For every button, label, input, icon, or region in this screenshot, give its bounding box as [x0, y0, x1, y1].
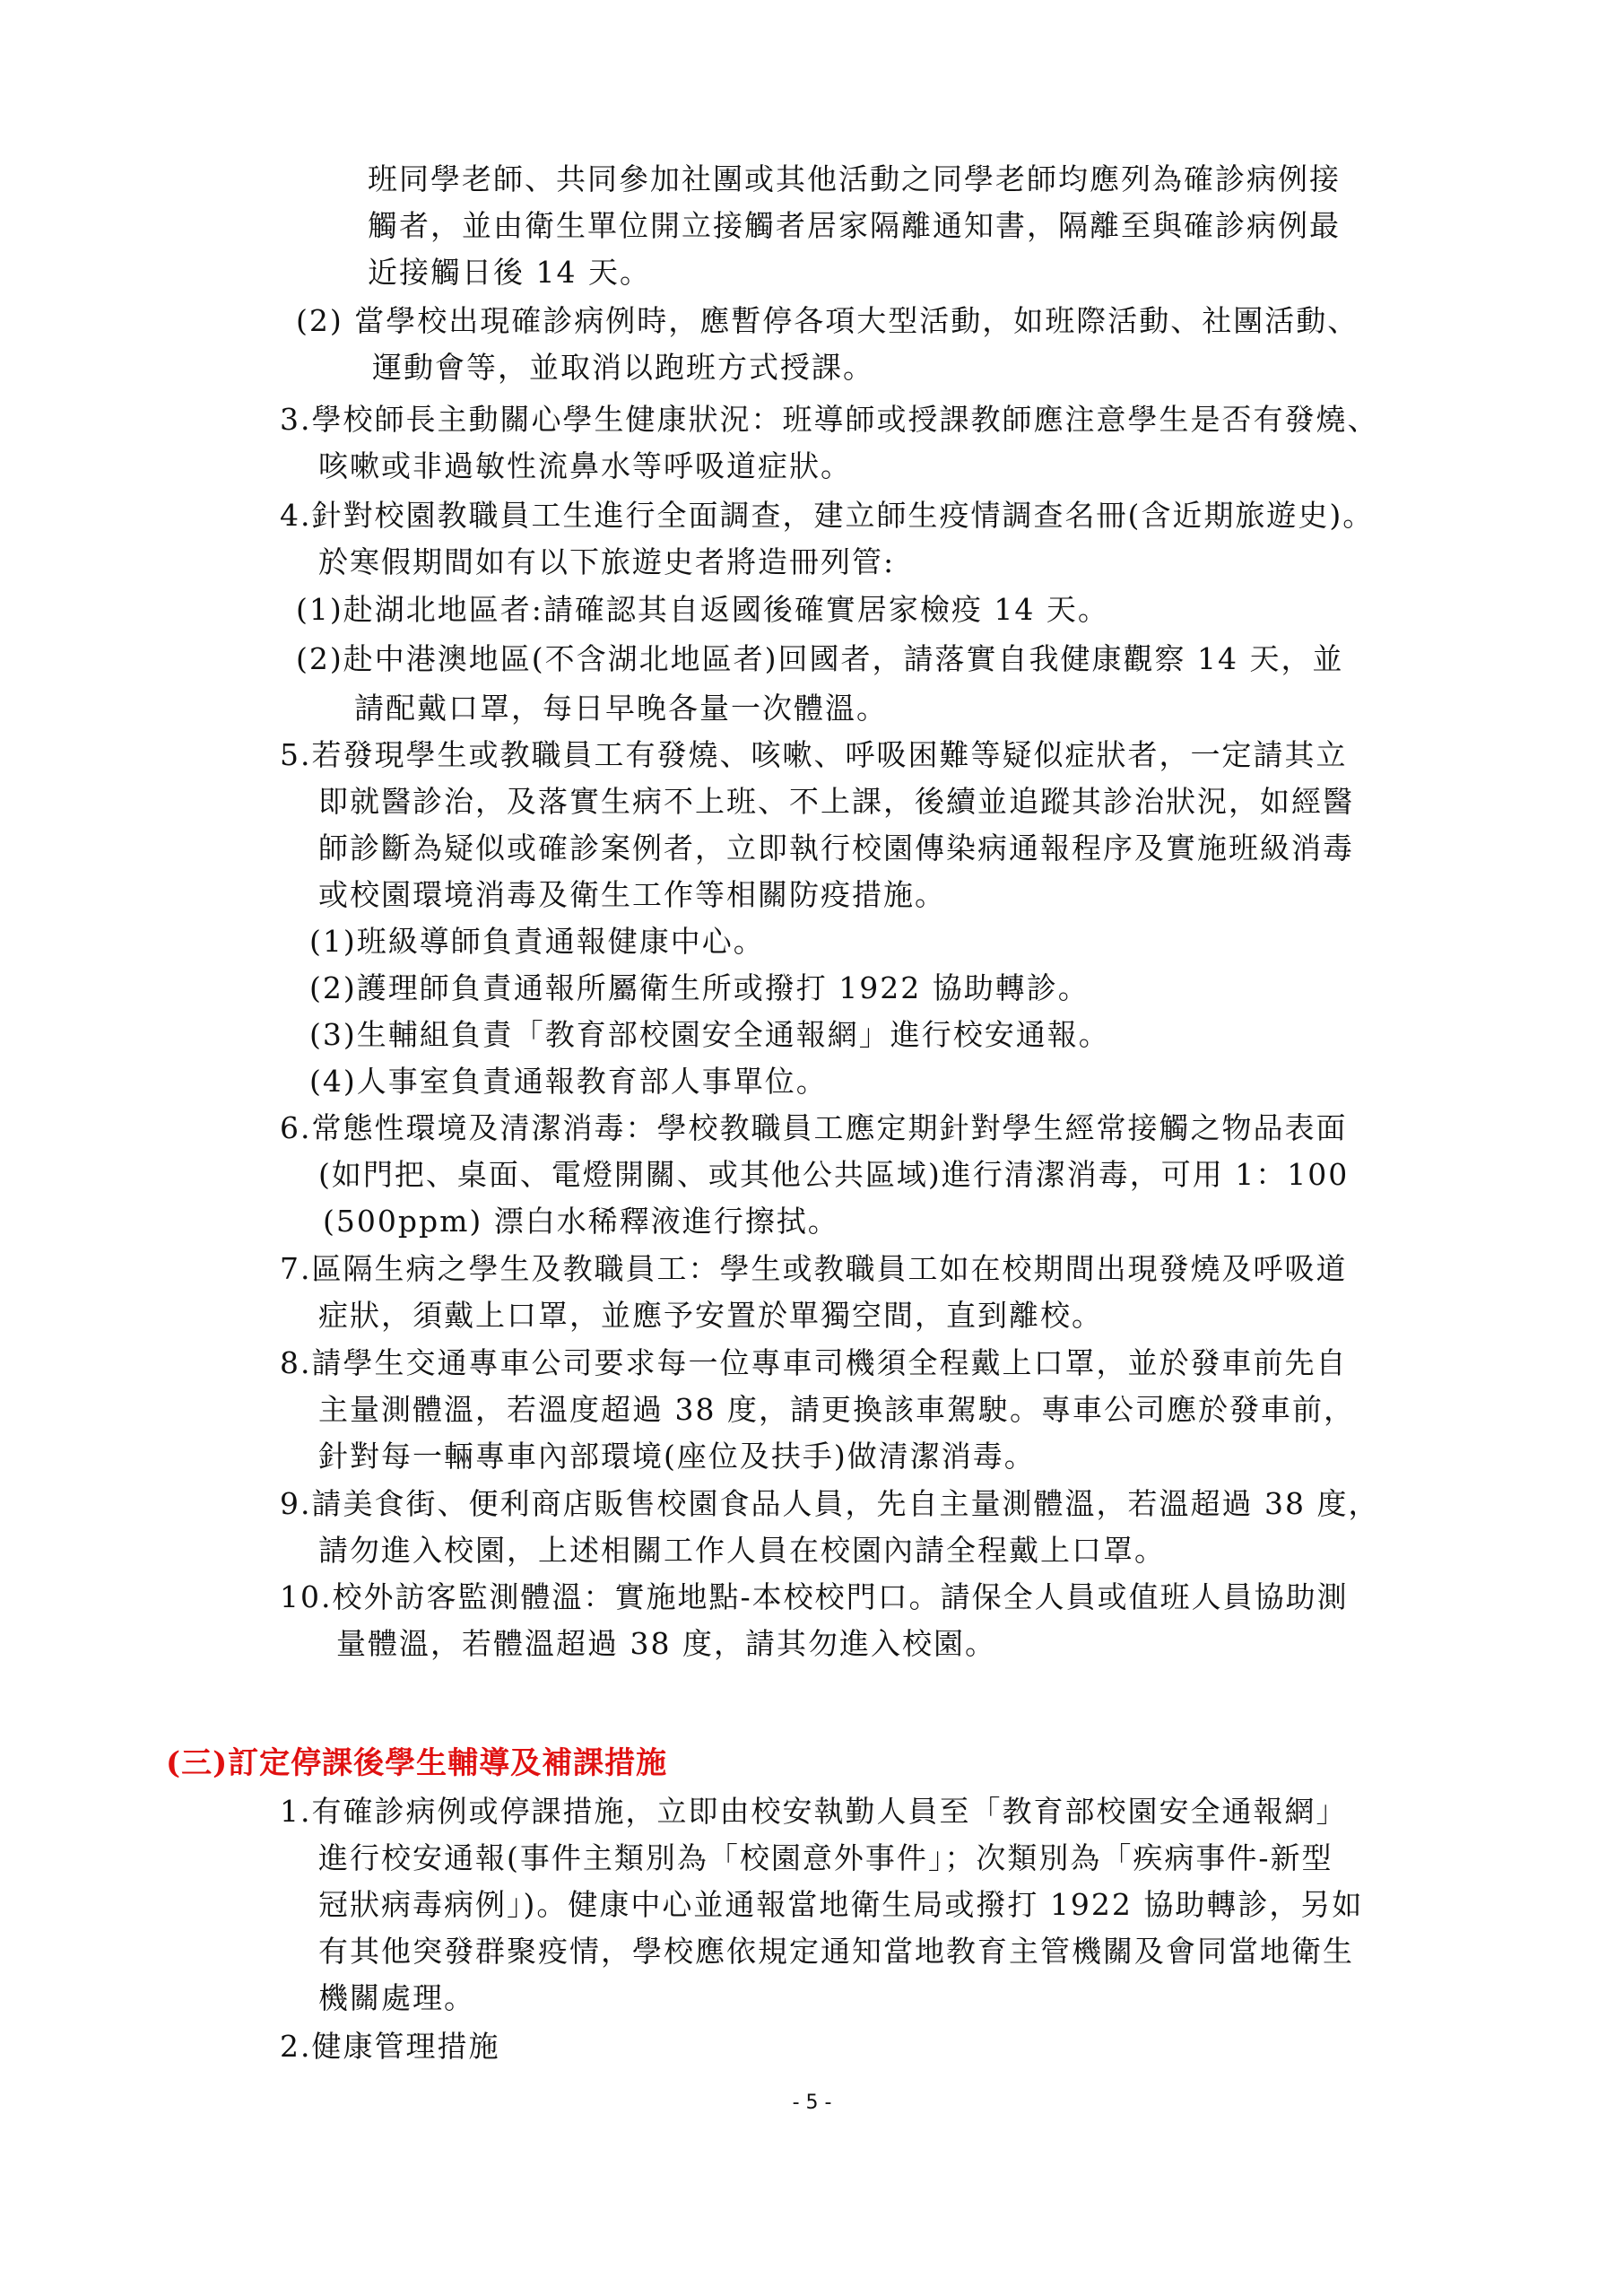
text-line: 7.區隔生病之學生及教職員工：學生或教職員工如在校期間出現發燒及呼吸道 [280, 1251, 1348, 1287]
text-line: 請配戴口罩，每日早晚各量一次體溫。 [354, 691, 888, 726]
text-line: 9.請美食街、便利商店販售校園食品人員，先自主量測體溫，若溫超過 38 度， [280, 1486, 1379, 1522]
text-line: 8.請學生交通專車公司要求每一位專車司機須全程戴上口罩，並於發車前先自 [280, 1345, 1348, 1381]
text-line: 機關處理。 [318, 1980, 475, 2016]
text-line: (2)赴中港澳地區(不含湖北地區者)回國者，請落實自我健康觀察 14 天，並 [296, 641, 1343, 677]
text-line: 6.常態性環境及清潔消毒：學校教職員工應定期針對學生經常接觸之物品表面 [280, 1110, 1348, 1146]
text-line: (1)赴湖北地區者:請確認其自返國後確實居家檢疫 14 天。 [296, 592, 1109, 628]
text-line: 近接觸日後 14 天。 [368, 255, 651, 291]
text-line: 針對每一輛專車內部環境(座位及扶手)做清潔消毒。 [318, 1439, 1036, 1474]
text-line: 於寒假期間如有以下旅遊史者將造冊列管: [318, 544, 895, 580]
text-line: 主量測體溫，若溫度超過 38 度，請更換該車駕駛。專車公司應於發車前， [318, 1392, 1355, 1428]
text-line: 10.校外訪客監測體溫：實施地點-本校校門口。請保全人員或值班人員協助測 [280, 1579, 1349, 1615]
text-line: 症狀，須戴上口罩，並應予安置於單獨空間，直到離校。 [318, 1298, 1103, 1334]
text-line: (3)生輔組負責「教育部校園安全通報網」進行校安通報。 [309, 1017, 1110, 1053]
text-line: 或校園環境消毒及衛生工作等相關防疫措施。 [318, 877, 946, 913]
text-line: 即就醫診治，及落實生病不上班、不上課，後續並追蹤其診治狀況，如經醫 [318, 784, 1354, 820]
page-number: - 5 - [0, 2092, 1624, 2114]
text-line: (500ppm) 漂白水稀釋液進行擦拭。 [323, 1204, 839, 1239]
text-line: 觸者，並由衛生單位開立接觸者居家隔離通知書，隔離至與確診病例最 [368, 208, 1341, 244]
text-line: 量體溫，若體溫超過 38 度，請其勿進入校園。 [336, 1626, 996, 1662]
text-line: (2) 當學校出現確診病例時，應暫停各項大型活動，如班際活動、社團活動、 [296, 303, 1359, 339]
text-line: (2)護理師負責通報所屬衛生所或撥打 1922 協助轉診。 [309, 970, 1090, 1006]
text-line: 運動會等，並取消以跑班方式授課。 [372, 350, 874, 386]
text-line: 3.學校師長主動關心學生健康狀況：班導師或授課教師應注意學生是否有發燒、 [280, 402, 1379, 438]
text-line: (4)人事室負責通報教育部人事單位。 [309, 1064, 828, 1100]
text-line: 5.若發現學生或教職員工有發燒、咳嗽、呼吸困難等疑似症狀者，一定請其立 [280, 737, 1348, 773]
text-line: 有其他突發群聚疫情，學校應依規定通知當地教育主管機關及會同當地衛生 [318, 1934, 1354, 1970]
text-line: (如門把、桌面、電燈開關、或其他公共區域)進行清潔消毒，可用 1：100 [318, 1157, 1349, 1193]
text-line: 班同學老師、共同參加社團或其他活動之同學老師均應列為確診病例接 [368, 161, 1341, 197]
section-heading: (三)訂定停課後學生輔導及補課措施 [166, 1745, 667, 1781]
text-line: 咳嗽或非過敏性流鼻水等呼吸道症狀。 [318, 448, 852, 484]
text-line: 師診斷為疑似或確診案例者，立即執行校園傳染病通報程序及實施班級消毒 [318, 831, 1354, 866]
text-line: 進行校安通報(事件主類別為「校園意外事件」；次類別為「疾病事件-新型 [318, 1840, 1333, 1876]
text-line: 請勿進入校園，上述相關工作人員在校園內請全程戴上口罩。 [318, 1533, 1166, 1569]
text-line: 4.針對校園教職員工生進行全面調查，建立師生疫情調查名冊(含近期旅遊史)。 [280, 498, 1374, 534]
text-line: 冠狀病毒病例」)。健康中心並通報當地衛生局或撥打 1922 協助轉診，另如 [318, 1887, 1363, 1923]
text-line: 1.有確診病例或停課措施，立即由校安執勤人員至「教育部校園安全通報網」 [280, 1794, 1348, 1830]
text-line: (1)班級導師負責通報健康中心。 [309, 924, 765, 960]
text-line: 2.健康管理措施 [280, 2029, 500, 2065]
